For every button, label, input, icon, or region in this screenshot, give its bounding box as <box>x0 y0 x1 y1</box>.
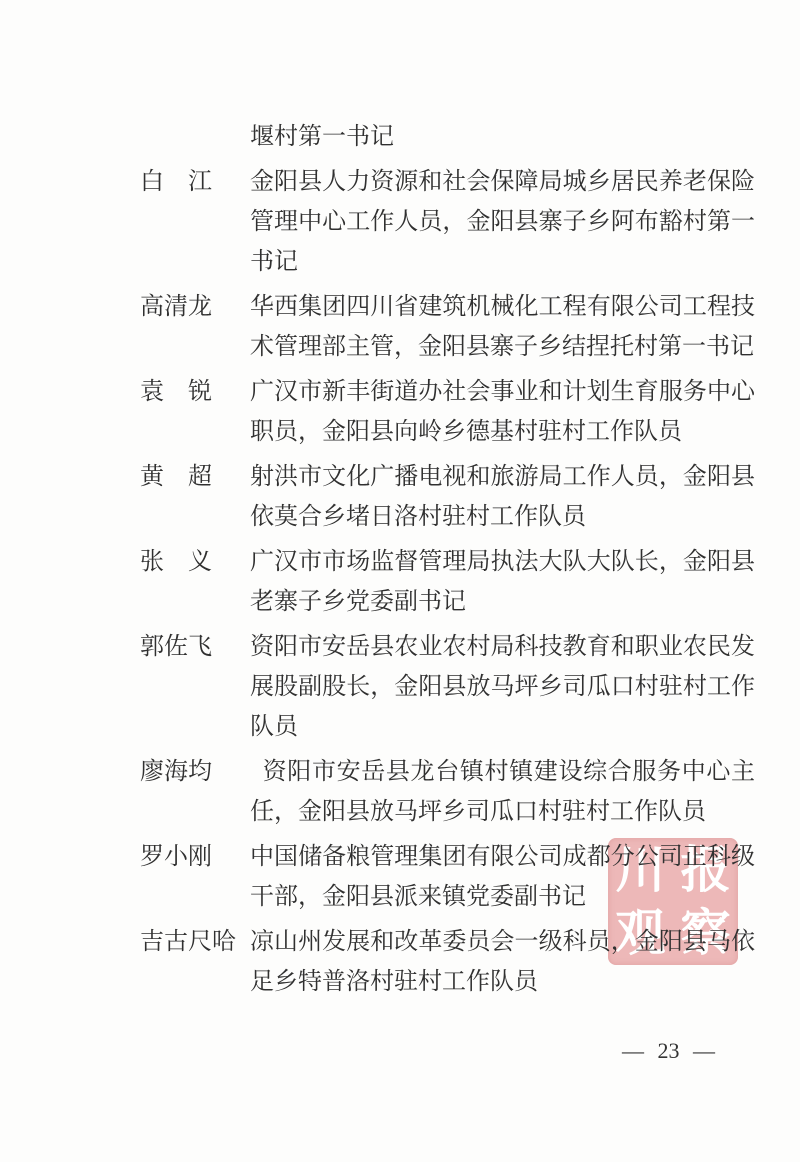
entry-description: 广汉市新丰街道办社会事业和计划生育服务中心职员，金阳县向岭乡德基村驻村工作队员 <box>250 372 755 452</box>
roster-entry: 郭佐飞 资阳市安岳县农业农村局科技教育和职业农民发展股副股长，金阳县放马坪乡司瓜… <box>140 627 755 747</box>
entry-description: 资阳市安岳县农业农村局科技教育和职业农民发展股副股长，金阳县放马坪乡司瓜口村驻村… <box>250 627 755 747</box>
entry-description: 华西集团四川省建筑机械化工程有限公司工程技术管理部主管，金阳县寨子乡结捏托村第一… <box>250 287 755 367</box>
roster-entry: 黄 超 射洪市文化广播电视和旅游局工作人员，金阳县依莫合乡堵日洛村驻村工作队员 <box>140 457 755 537</box>
entry-description: 射洪市文化广播电视和旅游局工作人员，金阳县依莫合乡堵日洛村驻村工作队员 <box>250 457 755 537</box>
roster-entry: 廖海均 资阳市安岳县龙台镇村镇建设综合服务中心主任，金阳县放马坪乡司瓜口村驻村工… <box>140 752 755 832</box>
entry-description: 金阳县人力资源和社会保障局城乡居民养老保险管理中心工作人员，金阳县寨子乡阿布豁村… <box>250 162 755 282</box>
roster-entry: 吉古尺哈 凉山州发展和改革委员会一级科员，金阳县马依足乡特普洛村驻村工作队员 <box>140 922 755 1002</box>
document-page: 川 报 观 察 堰村第一书记 白 江 金阳县人力资源和社会保障局城乡居民养老保险… <box>0 0 800 1162</box>
entry-name: 郭佐飞 <box>140 627 250 667</box>
entry-name: 廖海均 <box>140 752 250 792</box>
roster-entry-continuation: 堰村第一书记 <box>140 117 755 157</box>
entry-name: 吉古尺哈 <box>140 922 250 962</box>
roster-entry: 高清龙 华西集团四川省建筑机械化工程有限公司工程技术管理部主管，金阳县寨子乡结捏… <box>140 287 755 367</box>
entry-description: 凉山州发展和改革委员会一级科员，金阳县马依足乡特普洛村驻村工作队员 <box>250 922 755 1002</box>
entry-description: 中国储备粮管理集团有限公司成都分公司正科级干部，金阳县派来镇党委副书记 <box>250 837 755 917</box>
entry-description: 广汉市市场监督管理局执法大队大队长，金阳县老寨子乡党委副书记 <box>250 542 755 622</box>
roster-entry: 张 义 广汉市市场监督管理局执法大队大队长，金阳县老寨子乡党委副书记 <box>140 542 755 622</box>
roster-entry: 袁 锐 广汉市新丰街道办社会事业和计划生育服务中心职员，金阳县向岭乡德基村驻村工… <box>140 372 755 452</box>
entry-name: 黄 超 <box>140 457 250 497</box>
roster-entry: 罗小刚 中国储备粮管理集团有限公司成都分公司正科级干部，金阳县派来镇党委副书记 <box>140 837 755 917</box>
roster-list: 堰村第一书记 白 江 金阳县人力资源和社会保障局城乡居民养老保险管理中心工作人员… <box>140 117 755 1007</box>
entry-description: 堰村第一书记 <box>250 117 755 157</box>
entry-name: 张 义 <box>140 542 250 582</box>
entry-name: 白 江 <box>140 162 250 202</box>
entry-description: 资阳市安岳县龙台镇村镇建设综合服务中心主任，金阳县放马坪乡司瓜口村驻村工作队员 <box>250 752 755 832</box>
entry-name: 罗小刚 <box>140 837 250 877</box>
page-number: — 23 — <box>622 1038 715 1064</box>
roster-entry: 白 江 金阳县人力资源和社会保障局城乡居民养老保险管理中心工作人员，金阳县寨子乡… <box>140 162 755 282</box>
entry-name: 袁 锐 <box>140 372 250 412</box>
entry-name: 高清龙 <box>140 287 250 327</box>
